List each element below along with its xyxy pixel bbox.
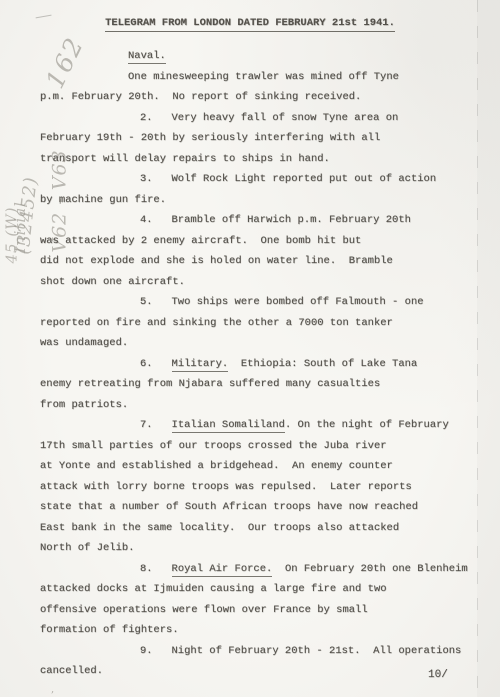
line-text: was attacked by 2 enemy aircraft. One bo… [40,235,361,247]
line-text: from patriots. [40,399,128,411]
document-line: transport will delay repairs to ships in… [0,149,500,170]
document-line: 5. Two ships were bombed off Falmouth - … [0,292,500,313]
document-line: 6. Military. Ethiopia: South of Lake Tan… [0,354,500,375]
line-text: at Yonte and established a bridgehead. A… [40,460,393,472]
line-text: February 19th - 20th by seriously interf… [40,132,380,144]
line-text: offensive operations were flown over Fra… [40,604,368,616]
document-line: attack with lorry borne troops was repul… [0,477,500,498]
pencil-comma-mark: , [51,684,54,695]
line-text: shot down one aircraft. [40,276,185,288]
document-title-text: TELEGRAM FROM LONDON DATED FEBRUARY 21st… [105,17,395,32]
line-text: 3. Wolf Rock Light reported put out of a… [140,173,436,185]
line-text: did not explode and she is holed on wate… [40,255,393,267]
document-line: was undamaged. [0,333,500,354]
line-text: state that a number of South African tro… [40,501,418,513]
line-text: Ethiopia: South of Lake Tana [228,358,417,370]
line-text: p.m. February 20th. No report of sinking… [40,91,361,103]
line-text: reported on fire and sinking the other a… [40,317,393,329]
document-line: cancelled. [0,661,500,682]
document-title: TELEGRAM FROM LONDON DATED FEBRUARY 21st… [0,17,500,32]
document-line: North of Jelib. [0,538,500,559]
line-text: 6. [140,358,172,370]
document-line: did not explode and she is holed on wate… [0,251,500,272]
line-text: enemy retreating from Njabara suffered m… [40,378,380,390]
line-text: 5. Two ships were bombed off Falmouth - … [140,296,424,308]
document-line: p.m. February 20th. No report of sinking… [0,87,500,108]
line-text: 9. Night of February 20th - 21st. All op… [140,645,461,657]
document-line: by machine gun fire. [0,190,500,211]
document-line: 9. Night of February 20th - 21st. All op… [0,641,500,662]
document-line: formation of fighters. [0,620,500,641]
document-line: was attacked by 2 enemy aircraft. One bo… [0,231,500,252]
line-text: One minesweeping trawler was mined off T… [128,71,399,83]
line-text: 7. [140,419,172,431]
underlined-heading: Italian Somaliland [172,419,285,433]
document-line: 17th small parties of our troops crossed… [0,436,500,457]
page-number: 10/ [428,669,448,681]
line-text: transport will delay repairs to ships in… [40,153,330,165]
document-line: enemy retreating from Njabara suffered m… [0,374,500,395]
document-line: from patriots. [0,395,500,416]
underlined-heading: Military. [172,358,229,372]
document-line: 3. Wolf Rock Light reported put out of a… [0,169,500,190]
underlined-heading: Naval. [128,50,166,64]
document-line: 4. Bramble off Harwich p.m. February 20t… [0,210,500,231]
line-text: 2. Very heavy fall of snow Tyne area on [140,112,398,124]
document-line: Naval. [0,46,500,67]
document-lines: Naval.One minesweeping trawler was mined… [0,46,500,682]
line-text: 8. [140,563,172,575]
line-text: by machine gun fire. [40,194,166,206]
document-line: shot down one aircraft. [0,272,500,293]
document-line: reported on fire and sinking the other a… [0,313,500,334]
underlined-heading: Royal Air Force. [172,563,273,577]
document-line: state that a number of South African tro… [0,497,500,518]
document-line: 8. Royal Air Force. On February 20th one… [0,559,500,580]
scanned-telegram-page: 162 V62 - V63 (32452) Initial 45 (W) TEL… [0,0,500,697]
line-text: . On the night of February [285,419,449,431]
document-line: 7. Italian Somaliland. On the night of F… [0,415,500,436]
line-text: formation of fighters. [40,624,179,636]
line-text: attacked docks at Ijmuiden causing a lar… [40,583,387,595]
line-text: attack with lorry borne troops was repul… [40,481,412,493]
document-line: 2. Very heavy fall of snow Tyne area on [0,108,500,129]
document-line: offensive operations were flown over Fra… [0,600,500,621]
line-text: East bank in the same locality. Our troo… [40,522,399,534]
line-text: On February 20th one Blenheim [272,563,467,575]
line-text: North of Jelib. [40,542,135,554]
document-line: February 19th - 20th by seriously interf… [0,128,500,149]
line-text: was undamaged. [40,337,128,349]
document-line: East bank in the same locality. Our troo… [0,518,500,539]
line-text: 17th small parties of our troops crossed… [40,440,387,452]
line-text: cancelled. [40,665,103,677]
document-line: at Yonte and established a bridgehead. A… [0,456,500,477]
line-text: 4. Bramble off Harwich p.m. February 20t… [140,214,411,226]
document-line: attacked docks at Ijmuiden causing a lar… [0,579,500,600]
document-line: One minesweeping trawler was mined off T… [0,67,500,88]
